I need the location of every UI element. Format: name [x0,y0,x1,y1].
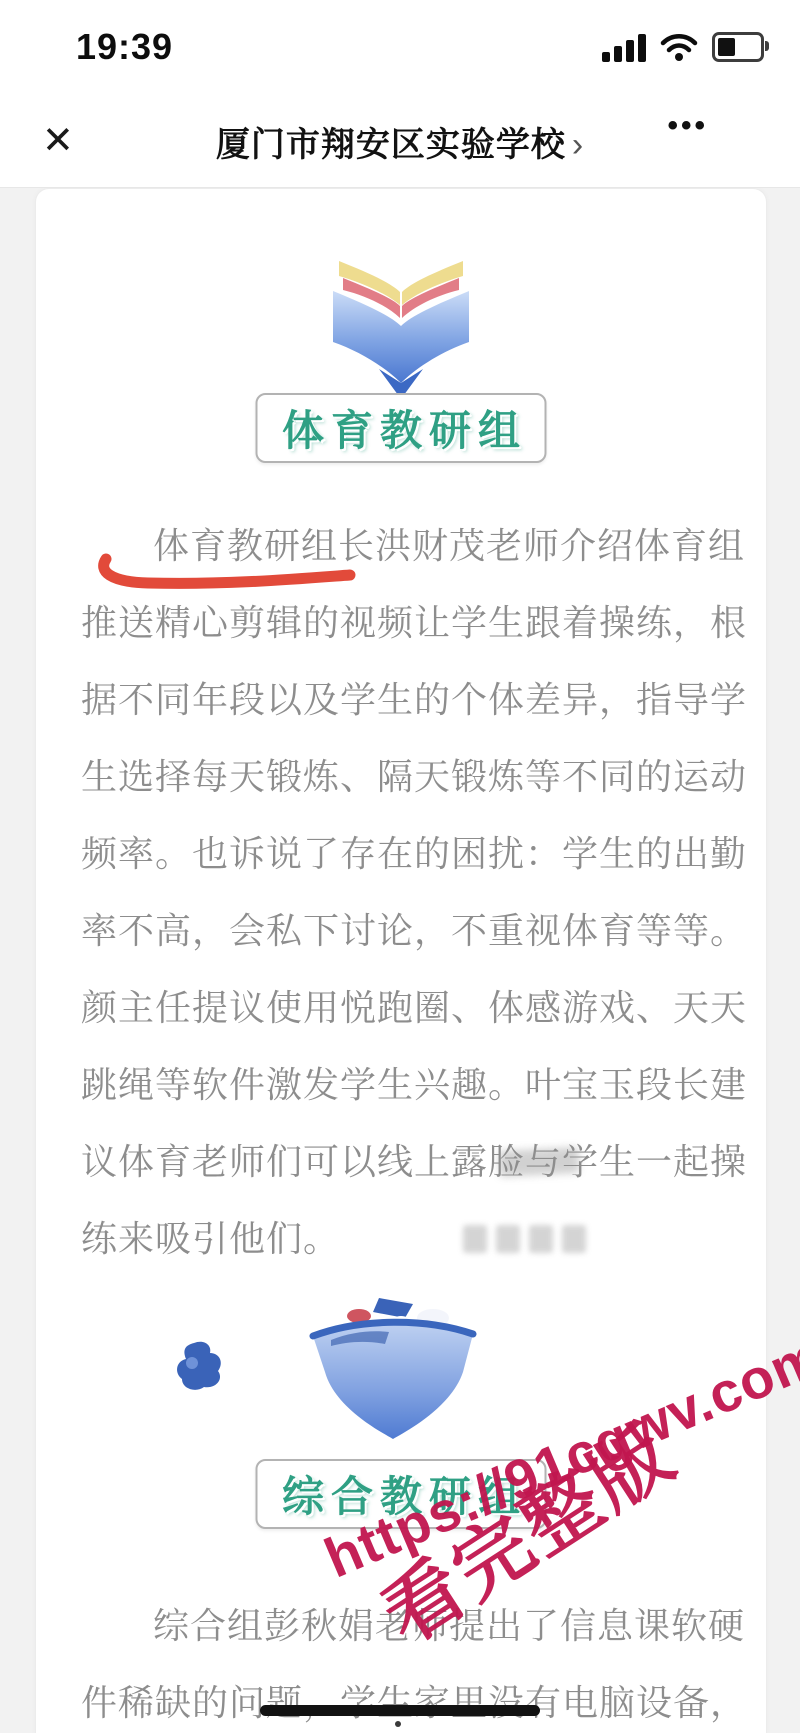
red-underline-annotation [96,551,361,599]
section-badge-sports: 体育教研组 [256,393,547,463]
blue-blob-fragment [174,1337,226,1395]
paragraph-line: 率不高，会私下讨论，不重视体育等等。 [81,892,741,969]
battery-icon [712,32,764,62]
paragraph-line: 件稀缺的问题，学生家里没有电脑设备， [81,1664,741,1733]
more-menu-icon[interactable]: ••• [667,109,708,143]
paragraph-line: 练来吸引他们。 [81,1200,741,1277]
open-book-illustration [321,251,481,401]
paragraph-line: 议体育老师们可以线上露脸与学生一起操 [81,1123,741,1200]
blue-boat-illustration [301,1284,486,1444]
faded-watermark-smudge [498,1147,579,1177]
status-icons [602,32,764,62]
header-bar: ✕ 厦门市翔安区实验学校› ••• [0,95,800,188]
cellular-signal-icon [602,32,646,62]
home-indicator[interactable] [260,1705,540,1716]
clock-time: 19:39 [76,26,173,68]
paragraph-line: 生选择每天锻炼、隔天锻炼等不同的运动 [81,738,741,815]
dot-artifact [395,1721,401,1727]
account-name: 厦门市翔安区实验学校 [216,126,566,164]
paragraph-line: 频率。也诉说了存在的困扰：学生的出勤 [81,815,741,892]
wifi-icon [660,32,698,62]
faded-watermark-glyphs [463,1225,586,1253]
badge-label: 体育教研组 [275,398,527,458]
status-bar: 19:39 [0,0,800,95]
chevron-right-icon: › [572,126,584,164]
paragraph-line: 颜主任提议使用悦跑圈、体感游戏、天天 [81,969,741,1046]
paragraph-line: 跳绳等软件激发学生兴趣。叶宝玉段长建 [81,1046,741,1123]
sports-paragraph: 体育教研组长洪财茂老师介绍体育组推送精心剪辑的视频让学生跟着操练，根据不同年段以… [81,507,741,1277]
paragraph-line: 据不同年段以及学生的个体差异，指导学 [81,661,741,738]
